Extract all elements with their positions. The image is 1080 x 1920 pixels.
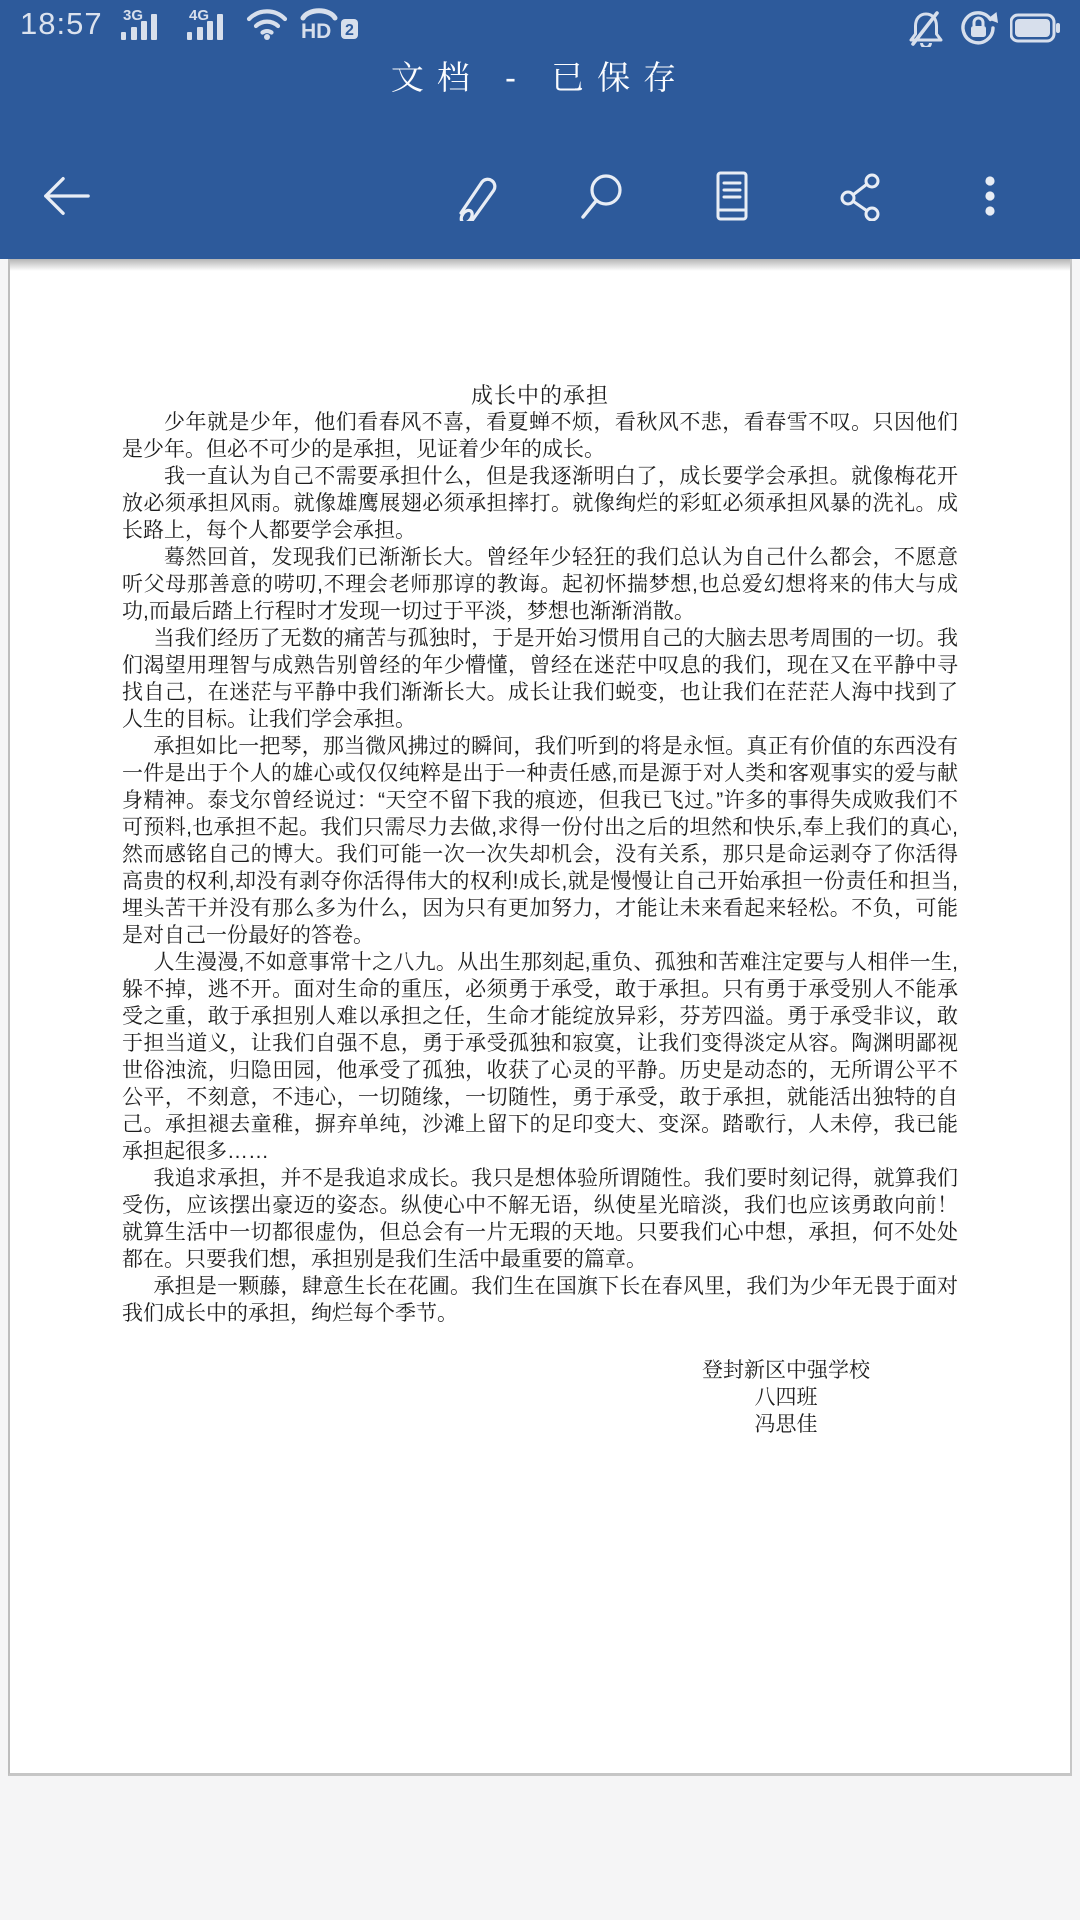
status-time: 18:57 <box>20 7 103 41</box>
essay-paragraph: 人生漫漫,不如意事常十之八九。从出生那刻起,重负、孤独和苦难注定要与人相伴一生,… <box>122 949 958 1165</box>
more-options-button[interactable] <box>964 170 1016 222</box>
back-button[interactable] <box>40 170 92 222</box>
svg-text:3G: 3G <box>123 7 143 24</box>
essay-paragraph: 承担是一颗藤，肆意生长在花圃。我们生在国旗下长在春风里，我们为少年无畏于面对我们… <box>122 1273 958 1327</box>
phone-screen: 18:57 3G 4G <box>0 0 1080 1920</box>
signature-line: 登封新区中强学校 <box>702 1357 870 1384</box>
svg-text:4G: 4G <box>189 7 209 24</box>
signal-4g-icon: 4G <box>179 7 235 41</box>
search-magnifier-icon <box>578 171 628 221</box>
battery-full-icon <box>1010 13 1060 43</box>
toolbar <box>0 161 1080 231</box>
rotation-lock-icon <box>958 8 998 48</box>
document-page[interactable]: 成长中的承担 少年就是少年，他们看春风不喜，看夏蝉不烦，看秋风不悲，看春雪不叹。… <box>8 259 1072 1776</box>
back-arrow-icon <box>40 172 92 220</box>
essay-paragraph: 蓦然回首，发现我们已渐渐长大。曾经年少轻狂的我们总认为自己什么都会，不愿意听父母… <box>122 544 958 625</box>
document-content: 成长中的承担 少年就是少年，他们看春风不喜，看夏蝉不烦，看秋风不悲，看春雪不叹。… <box>10 259 1070 1438</box>
share-nodes-icon <box>836 171 886 221</box>
volte-hd-sim2-icon: HD 2 <box>299 6 361 40</box>
svg-text:HD: HD <box>301 20 331 40</box>
essay-paragraph: 我一直认为自己不需要承担什么，但是我逐渐明白了，成长要学会承担。就像梅花开放必须… <box>122 463 958 544</box>
status-bar: 18:57 3G 4G <box>0 0 1080 42</box>
essay-paragraph: 承担如比一把琴，那当微风拂过的瞬间，我们听到的将是永恒。真正有价值的东西没有一件… <box>122 733 958 949</box>
mute-bell-icon <box>906 9 946 47</box>
essay-paragraph: 我追求承担，并不是我追求成长。我只是想体验所谓随性。我们要时刻记得，就算我们受伤… <box>122 1165 958 1273</box>
status-left-group: 18:57 3G 4G <box>20 6 361 41</box>
status-right-group <box>906 6 1060 48</box>
search-button[interactable] <box>577 170 629 222</box>
wifi-icon <box>245 6 289 40</box>
mobile-view-icon <box>707 170 757 222</box>
signature-block: 登封新区中强学校八四班冯思佳 <box>702 1357 870 1438</box>
essay-paragraph: 少年就是少年，他们看春风不喜，看夏蝉不烦，看秋风不悲，看春雪不叹。只因他们是少年… <box>122 409 958 463</box>
mobile-view-button[interactable] <box>706 170 758 222</box>
edit-pencil-icon <box>449 171 499 221</box>
signal-3g-icon: 3G <box>113 7 169 41</box>
document-saved-title: 文档 - 已保存 <box>0 54 1080 102</box>
app-header: 18:57 3G 4G <box>0 0 1080 259</box>
svg-text:2: 2 <box>345 22 354 39</box>
essay-paragraph: 当我们经历了无数的痛苦与孤独时，于是开始习惯用自己的大脑去思考周围的一切。我们渴… <box>122 625 958 733</box>
edit-button[interactable] <box>448 170 500 222</box>
share-button[interactable] <box>835 170 887 222</box>
toolbar-action-group <box>448 170 1016 222</box>
signature-line: 八四班 <box>702 1384 870 1411</box>
more-overflow-icon <box>965 171 1015 221</box>
essay-title: 成长中的承担 <box>122 382 958 409</box>
signature-line: 冯思佳 <box>702 1411 870 1438</box>
